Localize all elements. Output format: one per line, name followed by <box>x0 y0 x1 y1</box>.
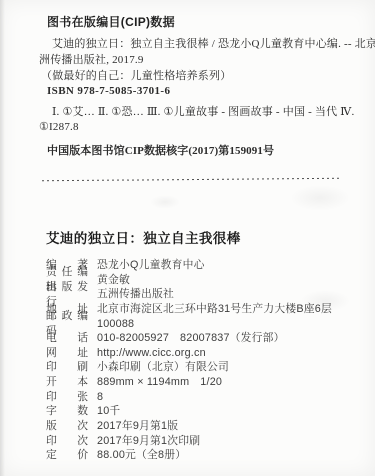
colophon-row-impression: 印次 2017年9月第1次印刷 <box>46 434 332 449</box>
colophon-row-wordcount: 字数 10千 <box>46 404 332 419</box>
colophon-value: 北京市海淀区北三环中路31号生产力大楼B座6层 <box>97 302 332 317</box>
colophon-row-address: 地址 北京市海淀区北三环中路31号生产力大楼B座6层 <box>46 302 332 317</box>
colophon-value: 100088 <box>97 317 134 332</box>
book-title: 艾迪的独立日：独立自主我很棒 <box>46 227 241 247</box>
colophon-table: 编著 恐龙小Q儿童教育中心 责任编辑 黄金敏 出版发行 五洲传播出版社 地址 北… <box>46 258 332 463</box>
colophon-row-sheets: 印张 8 <box>46 390 332 405</box>
colophon-row-format: 开本 889mm × 1194mm 1/20 <box>46 375 332 390</box>
colophon-label: 印张 <box>46 390 88 405</box>
colophon-value: 10千 <box>97 404 120 419</box>
divider-dashed-line <box>42 178 342 183</box>
copyright-page: 图书在版编目(CIP)数据 艾迪的独立日：独立自主我很棒 / 恐龙小Q儿童教育中… <box>0 0 375 476</box>
cip-header: 图书在版编目(CIP)数据 <box>47 13 175 30</box>
colophon-label: 印刷 <box>46 360 88 375</box>
colophon-label: 开本 <box>46 375 88 390</box>
colophon-label: 网址 <box>46 346 88 361</box>
colophon-row-responsible-editor: 责任编辑 黄金敏 <box>46 273 332 288</box>
colophon-row-edition: 版次 2017年9月第1版 <box>46 419 332 434</box>
cip-record-line-2: 洲传播出版社, 2017.9 <box>39 54 144 67</box>
cip-series-note: （做最好的自己：儿童性格培养系列） <box>41 70 231 83</box>
colophon-label: 电话 <box>46 331 88 346</box>
cip-record-number: 中国版本图书馆CIP数据核字(2017)第159091号 <box>47 145 274 158</box>
colophon-label: 字数 <box>46 404 88 419</box>
isbn-number: ISBN 978-7-5085-3701-6 <box>47 85 170 98</box>
colophon-value: http://www.cicc.org.cn <box>97 346 206 361</box>
colophon-label: 印次 <box>46 434 88 449</box>
colophon-value: 2017年9月第1版 <box>97 419 178 434</box>
colophon-label: 定价 <box>46 448 88 463</box>
colophon-row-printer: 印刷 小森印刷（北京）有限公司 <box>46 360 332 375</box>
colophon-row-editor: 编著 恐龙小Q儿童教育中心 <box>46 258 332 273</box>
colophon-row-publisher: 出版发行 五洲传播出版社 <box>46 287 332 302</box>
colophon-value: 小森印刷（北京）有限公司 <box>97 360 229 375</box>
colophon-value: 88.00元（全8册） <box>97 448 186 463</box>
colophon-value: 889mm × 1194mm 1/20 <box>97 375 222 390</box>
colophon-row-phone: 电话 010-82005927 82007837（发行部） <box>46 331 332 346</box>
scan-artifact <box>290 185 350 211</box>
colophon-value: 恐龙小Q儿童教育中心 <box>97 258 205 273</box>
colophon-label: 版次 <box>46 419 88 434</box>
cip-classification-line-1: Ⅰ. ①艾… Ⅱ. ①恐… Ⅲ. ①儿童故事 - 图画故事 - 中国 - 当代 … <box>52 106 354 119</box>
cip-classification-line-2: ①I287.8 <box>39 121 79 134</box>
colophon-value: 五洲传播出版社 <box>97 287 174 302</box>
colophon-row-price: 定价 88.00元（全8册） <box>46 448 332 463</box>
cip-record-line-1: 艾迪的独立日：独立自主我很棒 / 恐龙小Q儿童教育中心编. -- 北京：五 <box>52 38 375 51</box>
scan-artifact <box>150 195 180 209</box>
colophon-row-postcode: 邮政编码 100088 <box>46 317 332 332</box>
colophon-value: 010-82005927 82007837（发行部） <box>97 331 285 346</box>
colophon-value: 2017年9月第1次印刷 <box>97 434 200 449</box>
colophon-row-website: 网址 http://www.cicc.org.cn <box>46 346 332 361</box>
colophon-value: 黄金敏 <box>97 273 130 288</box>
scan-edge-shadow <box>0 0 5 476</box>
colophon-value: 8 <box>97 390 103 405</box>
